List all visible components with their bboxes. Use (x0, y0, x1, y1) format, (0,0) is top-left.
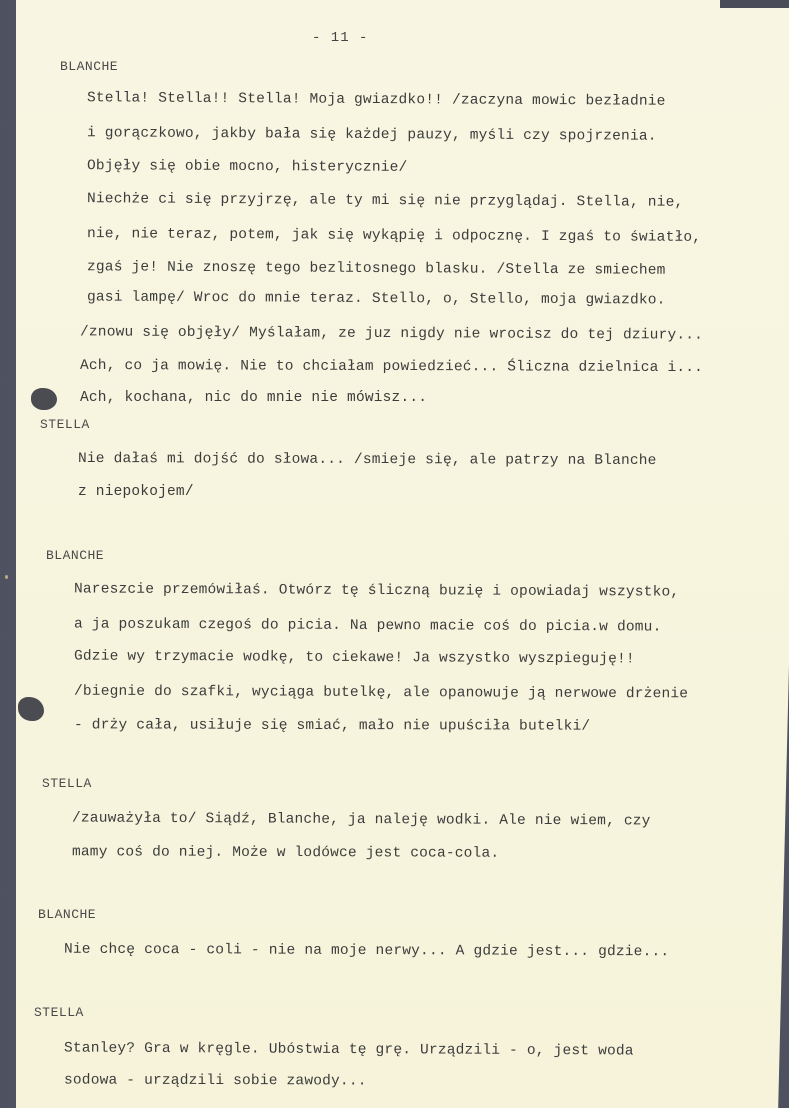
dialogue-line: Nareszcie przemówiłaś. Otwórz tę śliczną… (74, 581, 679, 600)
ink-blot (31, 388, 57, 410)
dialogue-line: Nie dałaś mi dojść do słowa... /smieje s… (78, 451, 657, 469)
speaker-name: STELLA (40, 417, 90, 432)
speaker-name: BLANCHE (38, 907, 96, 922)
dialogue-line: Stanley? Gra w kręgle. Ubóstwia tę grę. … (64, 1041, 634, 1060)
paper-speck (5, 575, 8, 579)
speaker-name: BLANCHE (46, 548, 104, 563)
dialogue-line: mamy coś do niej. Może w lodówce jest co… (72, 844, 499, 861)
stage-direction: Objęły się obie mocno, histerycznie/ (87, 158, 408, 176)
dialogue-line: Ach, co ja mowię. Nie to chciałam powied… (80, 358, 703, 376)
page-number: - 11 - (312, 30, 368, 46)
speaker-name: STELLA (34, 1005, 84, 1020)
stage-direction: z niepokojem/ (78, 484, 194, 500)
dialogue-line: sodowa - urządzili sobie zawody... (64, 1072, 367, 1089)
dialogue-line: /zauważyła to/ Siądź, Blanche, ja naleję… (72, 810, 651, 829)
ink-blot (18, 697, 44, 721)
stage-direction: /biegnie do szafki, wyciąga butelkę, ale… (74, 684, 688, 703)
scan-edge-strip (720, 0, 789, 8)
dialogue-line: Ach, kochana, nic do mnie nie mówisz... (80, 390, 427, 406)
stage-direction: - drży cała, usiłuje się smiać, mało nie… (74, 717, 590, 734)
speaker-name: BLANCHE (60, 59, 118, 74)
speaker-name: STELLA (42, 776, 92, 791)
dialogue-line: Nie chcę coca - coli - nie na moje nerwy… (64, 942, 669, 961)
dialogue-line: /znowu się objęły/ Myślałam, ze juz nigd… (80, 324, 703, 343)
dialogue-line: Gdzie wy trzymacie wodkę, to ciekawe! Ja… (74, 649, 635, 668)
dialogue-line: gasi lampę/ Wroc do mnie teraz. Stello, … (87, 289, 666, 308)
dialogue-line: a ja poszukam czegoś do picia. Na pewno … (74, 616, 662, 635)
